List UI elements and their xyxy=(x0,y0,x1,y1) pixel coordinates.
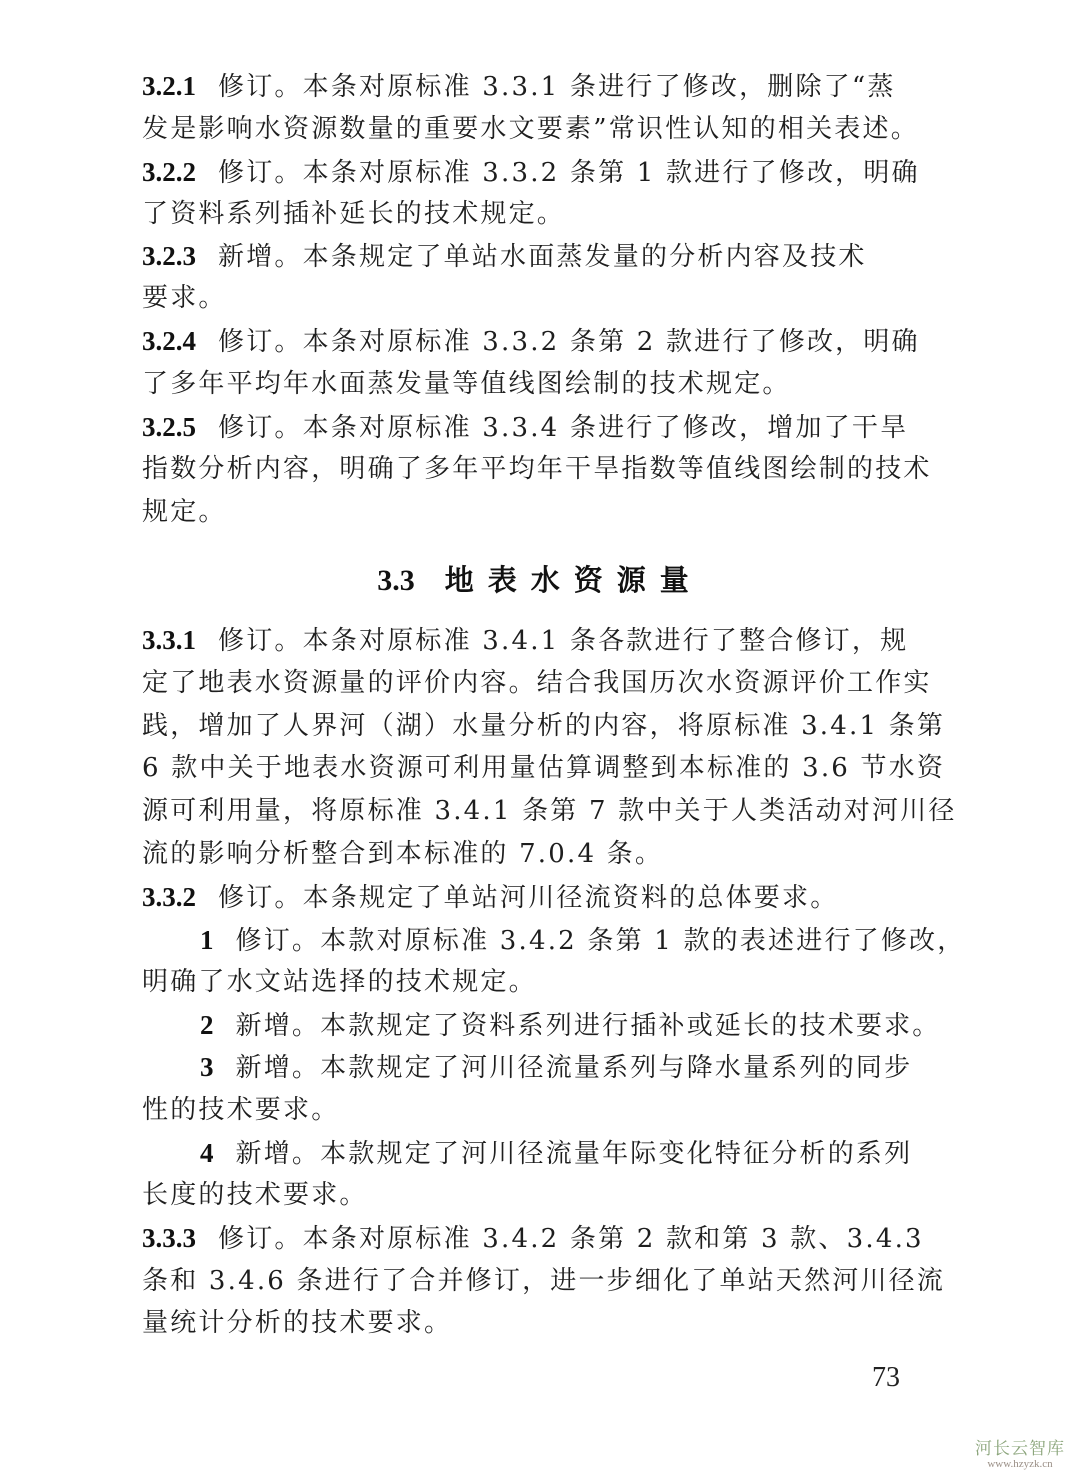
clause-text: 践，增加了人界河（湖）水量分析的内容，将原标准 3.4.1 条第 xyxy=(142,711,945,741)
item-4-line-2: 长度的技术要求。 xyxy=(142,1174,942,1217)
section-title: 地表水资源量 xyxy=(445,563,703,597)
clause-3-2-3-line-2: 要求。 xyxy=(142,277,942,320)
clause-3-3-1-line-5: 源可利用量，将原标准 3.4.1 条第 7 款中关于人类活动对河川径 xyxy=(142,790,942,833)
clause-text: 修订。本条对原标准 3.4.2 条第 2 款和第 3 款、3.4.3 xyxy=(218,1224,924,1254)
item-text: 新增。本款规定了河川径流量年际变化特征分析的系列 xyxy=(236,1139,913,1169)
item-3-line-1: 3新增。本款规定了河川径流量系列与降水量系列的同步 xyxy=(200,1046,942,1089)
clause-3-3-1-line-6: 流的影响分析整合到本标准的 7.0.4 条。 xyxy=(142,833,942,876)
clause-number: 3.2.2 xyxy=(142,157,196,187)
item-text: 性的技术要求。 xyxy=(142,1095,339,1125)
clause-3-2-4-line-2: 了多年平均年水面蒸发量等值线图绘制的技术规定。 xyxy=(142,363,942,406)
clause-3-3-1-line-3: 践，增加了人界河（湖）水量分析的内容，将原标准 3.4.1 条第 xyxy=(142,705,942,748)
clause-3-3-1-line-2: 定了地表水资源量的评价内容。结合我国历次水资源评价工作实 xyxy=(142,662,942,705)
clause-text: 条和 3.4.6 条进行了合并修订，进一步细化了单站天然河川径流 xyxy=(142,1266,945,1296)
clause-text: 新增。本条规定了单站水面蒸发量的分析内容及技术 xyxy=(218,242,867,272)
clause-text: 流的影响分析整合到本标准的 7.0.4 条。 xyxy=(142,839,663,869)
clause-text: 修订。本条规定了单站河川径流资料的总体要求。 xyxy=(218,883,838,913)
clause-text: 规定。 xyxy=(142,497,227,527)
watermark-title: 河长云智库 xyxy=(968,1440,1072,1458)
document-page: 3.2.1修订。本条对原标准 3.3.1 条进行了修改，删除了“蒸 发是影响水资… xyxy=(0,0,1080,1478)
clause-3-2-5-line-2: 指数分析内容，明确了多年平均年干旱指数等值线图绘制的技术 xyxy=(142,448,942,491)
item-number: 3 xyxy=(200,1052,214,1082)
item-2-line-1: 2新增。本款规定了资料系列进行插补或延长的技术要求。 xyxy=(200,1004,942,1047)
item-1-line-2: 明确了水文站选择的技术规定。 xyxy=(142,961,942,1004)
watermark-logo: 河长云智库 www.hzyzk.cn xyxy=(968,1440,1072,1470)
clause-number: 3.2.4 xyxy=(142,326,196,356)
item-text: 长度的技术要求。 xyxy=(142,1180,368,1210)
clause-3-3-3-line-3: 量统计分析的技术要求。 xyxy=(142,1302,942,1345)
clause-text: 修订。本条对原标准 3.3.2 条第 2 款进行了修改，明确 xyxy=(218,327,920,357)
clause-3-2-5-line-3: 规定。 xyxy=(142,491,942,534)
clause-3-3-2-line-1: 3.3.2修订。本条规定了单站河川径流资料的总体要求。 xyxy=(142,876,942,919)
clause-text: 修订。本条对原标准 3.4.1 条各款进行了整合修订，规 xyxy=(218,626,908,656)
clause-3-2-1-line-1: 3.2.1修订。本条对原标准 3.3.1 条进行了修改，删除了“蒸 xyxy=(142,65,942,108)
clause-text: 修订。本条对原标准 3.3.4 条进行了修改，增加了干旱 xyxy=(218,413,908,443)
clause-text: 了多年平均年水面蒸发量等值线图绘制的技术规定。 xyxy=(142,369,791,399)
item-3-line-2: 性的技术要求。 xyxy=(142,1089,942,1132)
item-text: 新增。本款规定了河川径流量系列与降水量系列的同步 xyxy=(236,1053,913,1083)
clause-text: 6 款中关于地表水资源可利用量估算调整到本标准的 3.6 节水资 xyxy=(142,753,945,783)
clause-3-3-1-line-4: 6 款中关于地表水资源可利用量估算调整到本标准的 3.6 节水资 xyxy=(142,747,942,790)
clause-3-2-1-line-2: 发是影响水资源数量的重要水文要素”常识性认知的相关表述。 xyxy=(142,108,942,151)
clause-text: 修订。本条对原标准 3.3.2 条第 1 款进行了修改，明确 xyxy=(218,158,920,188)
item-text: 修订。本款对原标准 3.4.2 条第 1 款的表述进行了修改， xyxy=(236,926,966,956)
section-number: 3.3 xyxy=(377,564,415,597)
clause-text: 量统计分析的技术要求。 xyxy=(142,1308,452,1338)
clause-3-2-2-line-1: 3.2.2修订。本条对原标准 3.3.2 条第 1 款进行了修改，明确 xyxy=(142,151,942,194)
clause-3-3-1-line-1: 3.3.1修订。本条对原标准 3.4.1 条各款进行了整合修订，规 xyxy=(142,619,942,662)
clause-number: 3.2.1 xyxy=(142,71,196,101)
clause-text: 源可利用量，将原标准 3.4.1 条第 7 款中关于人类活动对河川径 xyxy=(142,796,957,826)
item-4-line-1: 4新增。本款规定了河川径流量年际变化特征分析的系列 xyxy=(200,1132,942,1175)
clause-number: 3.3.3 xyxy=(142,1223,196,1253)
clause-3-3-3-line-1: 3.3.3修订。本条对原标准 3.4.2 条第 2 款和第 3 款、3.4.3 xyxy=(142,1217,942,1260)
clause-number: 3.2.3 xyxy=(142,241,196,271)
clause-text: 了资料系列插补延长的技术规定。 xyxy=(142,199,565,229)
clause-3-3-3-line-2: 条和 3.4.6 条进行了合并修订，进一步细化了单站天然河川径流 xyxy=(142,1260,942,1303)
clause-number: 3.2.5 xyxy=(142,412,196,442)
item-text: 新增。本款规定了资料系列进行插补或延长的技术要求。 xyxy=(236,1011,941,1041)
clause-text: 定了地表水资源量的评价内容。结合我国历次水资源评价工作实 xyxy=(142,668,932,698)
clause-text: 发是影响水资源数量的重要水文要素”常识性认知的相关表述。 xyxy=(142,114,919,144)
item-number: 2 xyxy=(200,1010,214,1040)
clause-3-2-5-line-1: 3.2.5修订。本条对原标准 3.3.4 条进行了修改，增加了干旱 xyxy=(142,406,942,449)
clause-3-2-4-line-1: 3.2.4修订。本条对原标准 3.3.2 条第 2 款进行了修改，明确 xyxy=(142,320,942,363)
page-number: 73 xyxy=(872,1362,900,1394)
item-text: 明确了水文站选择的技术规定。 xyxy=(142,967,537,997)
item-number: 1 xyxy=(200,925,214,955)
item-number: 4 xyxy=(200,1138,214,1168)
clause-text: 要求。 xyxy=(142,283,227,313)
clause-3-2-2-line-2: 了资料系列插补延长的技术规定。 xyxy=(142,193,942,236)
clause-3-2-3-line-1: 3.2.3新增。本条规定了单站水面蒸发量的分析内容及技术 xyxy=(142,235,942,278)
clause-number: 3.3.1 xyxy=(142,625,196,655)
section-heading: 3.3地表水资源量 xyxy=(0,558,1080,602)
clause-number: 3.3.2 xyxy=(142,882,196,912)
item-1-line-1: 1修订。本款对原标准 3.4.2 条第 1 款的表述进行了修改， xyxy=(200,919,942,962)
clause-text: 修订。本条对原标准 3.3.1 条进行了修改，删除了“蒸 xyxy=(218,72,896,102)
watermark-url: www.hzyzk.cn xyxy=(968,1458,1072,1470)
clause-text: 指数分析内容，明确了多年平均年干旱指数等值线图绘制的技术 xyxy=(142,454,932,484)
